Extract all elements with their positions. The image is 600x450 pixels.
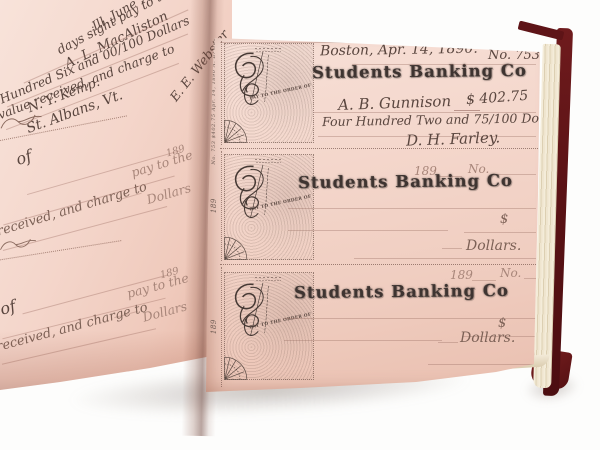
bank-monogram-ornament [227, 48, 277, 112]
check-1-payee: A. B. Gunnison [338, 92, 452, 114]
check-1: No. 753 $402.75 Apr. 14, 1890 A. B. Gunn… [204, 38, 548, 148]
check-2: 189 [204, 148, 548, 264]
check-3-year: 189 [450, 268, 473, 282]
amount-rule [464, 232, 536, 233]
perforation-line [220, 264, 542, 265]
fan-ornament [223, 227, 257, 261]
check-1-signature: D. H. Farley. [406, 128, 501, 149]
fan-ornament [223, 347, 257, 381]
stub2-of: of [13, 146, 34, 169]
check-2-stub-year: 189 [210, 198, 218, 213]
payee-rule [288, 208, 536, 209]
fan-ornament [223, 110, 257, 144]
bottom-rule [428, 364, 540, 365]
check-2-vignette: PAY TO THE ORDER OF [224, 154, 314, 260]
check-3-no-label: No. [500, 266, 521, 280]
check-3-dollar-sign: $ [498, 316, 506, 331]
ruled-line [2, 298, 165, 340]
check-3-dollars-label: Dollars. [460, 330, 515, 346]
check-2-dollars-label: Dollars. [466, 238, 521, 254]
perforation-line [220, 148, 542, 149]
bottom-rule [354, 258, 536, 259]
check-page: No. 753 $402.75 Apr. 14, 1890 A. B. Gunn… [204, 34, 548, 396]
check-3-stub: 189 [206, 267, 222, 387]
bank-name: Students Banking Co [294, 281, 509, 302]
stub3-pay-to-the: pay to the [125, 270, 190, 301]
mid-rule [284, 340, 442, 341]
checkbook-photo: Ill. June 7, 1890 days sight pay to the … [0, 0, 600, 450]
check-3-stub-year: 189 [210, 319, 218, 334]
date-rule [352, 64, 536, 65]
bank-monogram-ornament [227, 161, 277, 225]
bank-name: Students Banking Co [298, 171, 513, 192]
dash-line [442, 248, 462, 249]
check-2-dollar-sign: $ [500, 212, 508, 227]
dash-line [438, 342, 458, 343]
mid-rule [288, 230, 448, 231]
check-3: 189 [204, 264, 548, 390]
stub2-pay-to-the: pay to the [129, 147, 194, 180]
ruled-line [2, 328, 156, 365]
stub3-of: of [0, 296, 18, 319]
no-rule [524, 278, 538, 279]
book-cover-top-edge [518, 21, 565, 41]
check-1-vignette: PAY TO THE ORDER OF [224, 43, 314, 143]
bank-monogram-ornament [227, 279, 277, 343]
check-1-amount: $ 402.75 [466, 88, 529, 108]
check-1-city-date: Boston, Apr. 14, 1890. [320, 41, 478, 60]
check-1-number: No. 753. [488, 48, 544, 63]
check-1-amount-words: Four Hundred Two and 75/100 Dollars. [322, 110, 571, 129]
